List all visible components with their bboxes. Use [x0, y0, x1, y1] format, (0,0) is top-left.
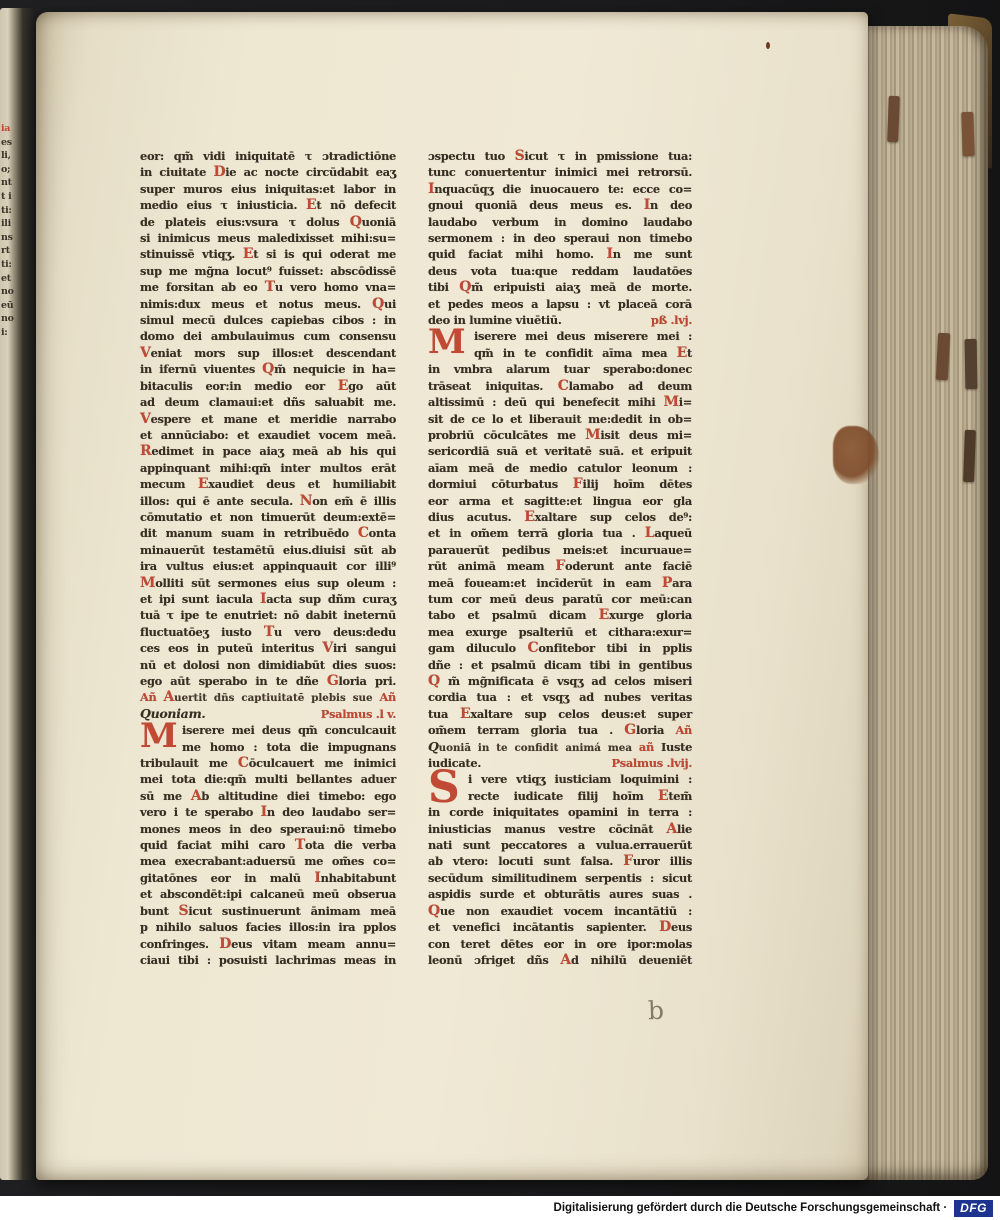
ink-stain — [833, 426, 879, 484]
text-segment: sū me — [140, 789, 191, 803]
text-segment: mea execrabant:aduersū me om̃es co= — [140, 854, 396, 868]
text-line: iserere mei deus miserere mei : — [428, 328, 692, 344]
margin-fragment: i: — [1, 326, 16, 340]
rubricated-initial: D — [219, 936, 231, 952]
text-line: recte iudicate filij hoīm Etem̃ — [428, 788, 692, 804]
text-segment: altissimū : deū qui benefecit mihi — [428, 395, 664, 409]
text-segment: u vero homo vna= — [275, 280, 396, 294]
leaf-tab — [936, 333, 950, 381]
text-line: de plateis eius:vsura τ dolus Quoniā — [140, 214, 396, 230]
margin-fragment: o; — [1, 163, 16, 177]
rubricated-initial: F — [623, 853, 633, 869]
text-line: Quoniā in te confidit animá mea añ Iuste — [428, 739, 692, 755]
text-line: confringes. Deus vitam meam annu= — [140, 936, 396, 952]
text-segment: n deo — [650, 198, 692, 212]
quire-signature-mark: b — [647, 996, 664, 1026]
rubricated-initial: D — [213, 164, 225, 180]
text-line: sericordiā suā et veritatē suā. et eripu… — [428, 443, 692, 459]
text-segment: oderunt ante faciē — [565, 559, 692, 573]
text-segment: ego aūt sperabo in te dñe — [140, 674, 327, 688]
text-segment: xaudiet deus et humiliabit — [208, 477, 396, 491]
banner-text: Digitalisierung gefördert durch die Deut… — [554, 1202, 948, 1214]
text-segment: eor: qm̃ vidi iniquitatē τ ɔtradictiōne — [140, 149, 396, 163]
text-segment: de plateis eius:vsura τ dolus — [140, 215, 350, 229]
text-line: secūdum similitudinem serpentis : sicut — [428, 870, 692, 886]
text-line: ego aūt sperabo in te dñe Gloria pri. — [140, 673, 396, 689]
rubricated-initial: E — [599, 607, 609, 623]
text-segment: fluctuatōeʒ iusto — [140, 625, 264, 639]
text-segment: lamabo ad deum — [569, 379, 692, 393]
text-line: appinquant mihi:qm̃ inter multos erāt — [140, 460, 396, 476]
text-line: quid faciat mihi caro Tota die verba — [140, 837, 396, 853]
rubricated-initial: E — [243, 246, 253, 262]
rubricated-initial: E — [306, 197, 316, 213]
leaf-tab — [963, 430, 976, 482]
text-segment: eor arma et sagitte:et lingua eor gla — [428, 494, 692, 508]
text-line: Q m̃ mg̃nificata ē vsqʒ ad celos miseri — [428, 673, 692, 689]
text-segment: cōmutatio et non timuerūt deum:extē= — [140, 510, 396, 524]
text-line: rūt animā meam Foderunt ante faciē — [428, 558, 692, 574]
text-line: tunc conuertentur inimici mei retrorsū. — [428, 164, 692, 180]
text-line: Molliti sūt sermones eius sup oleum : — [140, 575, 396, 591]
text-segment: Q — [428, 739, 439, 754]
text-line: minauerūt testamētū eius.diuisi sūt ab — [140, 542, 396, 558]
rubricated-initial: M — [140, 575, 155, 591]
text-segment: in ciuitate — [140, 165, 213, 179]
margin-fragment: ia — [1, 122, 16, 136]
text-line: eor arma et sagitte:et lingua eor gla — [428, 493, 692, 509]
text-segment: go aūt — [348, 379, 396, 393]
text-segment: et pedes meos a lapsu : vt placeā corā — [428, 297, 692, 311]
text-segment: n deo laudabo ser= — [267, 805, 396, 819]
text-segment: icut τ in pmissione tua: — [524, 149, 692, 163]
rubricated-initial: E — [658, 788, 668, 804]
text-segment: Añ — [675, 723, 692, 737]
text-line: mea execrabant:aduersū me om̃es co= — [140, 853, 396, 869]
text-segment: sermonem : in deo speraui non timebo — [428, 231, 692, 245]
text-line: dius acutus. Exaltare sup celos de⁹: — [428, 509, 692, 525]
text-segment: iri sangui — [333, 641, 396, 655]
text-segment: iserere mei deus miserere mei : — [474, 329, 692, 343]
text-segment: et in om̃em terrā gloria tua . — [428, 526, 645, 540]
text-line: deus vota tua:que reddam laudatōes — [428, 263, 692, 279]
margin-fragment: ti: — [1, 204, 16, 218]
text-line: tum cor meū deus paratū cor meū:can — [428, 591, 692, 607]
text-segment: ota die verba — [305, 838, 396, 852]
text-line: i vere vtiqʒ iusticiam loquimini : — [428, 771, 692, 787]
rubricated-initial: Q — [262, 361, 274, 377]
text-segment: edimet in pace aiaʒ meā ab his qui — [151, 444, 396, 458]
text-segment: et abscondēt:ipi calcaneū meū obserua — [140, 887, 396, 901]
text-segment: leonū ɔfriget dñs — [428, 953, 560, 967]
text-segment: me forsitan ab eo — [140, 280, 265, 294]
text-segment: dit manum suam in retribuēdo — [140, 526, 358, 540]
text-segment: medio eius τ iniusticia. — [140, 198, 306, 212]
text-line: probriū cōculcātes me Misit deus mi= — [428, 427, 692, 443]
text-line: sū me Ab altitudine diei timebo: ego — [140, 788, 396, 804]
rubricated-initial: A — [666, 821, 677, 837]
text-segment: rūt animā meam — [428, 559, 555, 573]
text-segment: Añ — [379, 690, 396, 704]
text-column-right: ɔspectu tuo Sicut τ in pmissione tua:tun… — [428, 148, 692, 968]
text-segment: eniat mors sup illos:et descendant — [151, 346, 396, 360]
text-line: p nihilo saluos facies illos:in ira pplo… — [140, 919, 396, 935]
text-line: gam diluculo Confitebor tibi in pplis — [428, 640, 692, 656]
rubricated-initial: T — [265, 279, 275, 295]
text-segment: t si is qui oderat me — [253, 247, 396, 261]
rubricated-initial: E — [460, 706, 470, 722]
text-segment: tribulauit me — [140, 756, 238, 770]
text-line: Inquacūqʒ die inuocauero te: ecce co= — [428, 181, 692, 197]
margin-fragment: eū — [1, 299, 16, 313]
text-line: sit de ce lo et liberauit me:dedit in ob… — [428, 411, 692, 427]
text-segment: trāseat iniquitas. — [428, 379, 558, 393]
text-line: tua Exaltare sup celos deus:et super — [428, 706, 692, 722]
text-line: mea exurge psalteriū et cithara:exur= — [428, 624, 692, 640]
text-segment: parauerūt pedibus meis:et incuruaue= — [428, 543, 692, 557]
text-line: nū et dolosi non dimidiabūt dies suos: — [140, 657, 396, 673]
text-line: ɔspectu tuo Sicut τ in pmissione tua: — [428, 148, 692, 164]
text-segment: ab vtero: locuti sunt falsa. — [428, 854, 623, 868]
text-line: meā foueam:et incīderūt in eam Para — [428, 575, 692, 591]
dfg-banner: Digitalisierung gefördert durch die Deut… — [0, 1196, 1000, 1220]
margin-fragment: ti: — [1, 258, 16, 272]
text-line: si inimicus meus maledixisset mihi:su= — [140, 230, 396, 246]
text-segment: nquacūqʒ die inuocauero te: ecce co= — [434, 182, 692, 196]
text-line: Vespere et mane et meridie narrabo — [140, 411, 396, 427]
text-segment: ciaui tibi : posuisti lachrimas meas in — [140, 953, 396, 967]
margin-fragment: et — [1, 272, 16, 286]
text-segment: mea exurge psalteriū et cithara:exur= — [428, 625, 692, 639]
text-segment: xaltare sup celos deus:et super — [470, 707, 692, 721]
text-segment: Psalmus .l v. — [321, 706, 396, 722]
text-segment: gnoui quoniā deus meus es. — [428, 198, 644, 212]
text-line: Veniat mors sup illos:et descendant — [140, 345, 396, 361]
text-segment: acta sup dñm curaʒ — [266, 592, 396, 606]
text-segment: Iuste — [661, 740, 692, 754]
text-segment: n me sunt — [613, 247, 692, 261]
margin-text-fragments: iaesli,o;ntt iti:ilinsrtti:etnoeūnoi: — [1, 122, 16, 340]
rubricated-initial: Q — [459, 279, 471, 295]
rubricated-initial: T — [264, 624, 274, 640]
text-segment: m̃ nequicie in ha= — [274, 362, 396, 376]
text-segment: minauerūt testamētū eius.diuisi sūt ab — [140, 543, 396, 557]
text-segment: tunc conuertentur inimici mei retrorsū. — [428, 165, 692, 179]
text-segment: secūdum similitudinem serpentis : sicut — [428, 871, 692, 885]
text-segment: tabo et psalmū dicam — [428, 608, 599, 622]
text-segment: nimis:dux meus et notus meus. — [140, 297, 372, 311]
text-segment: uoniā — [362, 215, 396, 229]
drop-cap-initial: S — [428, 768, 459, 808]
margin-fragment: es — [1, 136, 16, 150]
text-line: iserere mei deus qm̃ conculcauit — [140, 722, 396, 738]
margin-fragment: li, — [1, 149, 16, 163]
drop-cap-initial: M — [428, 325, 465, 359]
text-segment: m̃ eripuisti aiaʒ meā de morte. — [471, 280, 692, 294]
text-segment: sit de ce lo et liberauit me:dedit in ob… — [428, 412, 692, 426]
text-line: iniusticias manus vestre cōcināt Alie — [428, 821, 692, 837]
text-segment: ces eos in puteū interitus — [140, 641, 322, 655]
rubricated-initial: M — [585, 427, 600, 443]
text-line: simul mecū dulces capiebas cibos : in — [140, 312, 396, 328]
rubricated-initial: C — [527, 640, 538, 656]
text-segment: laudabo verbum in domino laudabo — [428, 215, 692, 229]
text-line: cordia tua : et vsqʒ ad nubes veritas — [428, 689, 692, 705]
text-line: dit manum suam in retribuēdo Conta — [140, 525, 396, 541]
text-line: et venefici incātantis sapienter. Deus — [428, 919, 692, 935]
text-segment: onfitebor tibi in pplis — [538, 641, 692, 655]
text-line: laudabo verbum in domino laudabo — [428, 214, 692, 230]
text-segment: t — [687, 346, 692, 360]
rubricated-initial: Q — [350, 214, 362, 230]
rubricated-initial: E — [338, 378, 348, 394]
rubricated-initial: V — [140, 345, 151, 361]
rubricated-initial: G — [327, 673, 339, 689]
text-segment: iserere mei deus qm̃ conculcauit — [182, 723, 396, 737]
text-segment: nū et dolosi non dimidiabūt dies suos: — [140, 658, 396, 672]
text-segment: ōculcauert me inimici — [249, 756, 396, 770]
text-segment: nhabitabunt — [321, 871, 396, 885]
text-line: trāseat iniquitas. Clamabo ad deum — [428, 378, 692, 394]
text-segment: d nihilū deueniēt — [571, 953, 692, 967]
text-segment: p nihilo saluos facies illos:in ira pplo… — [140, 920, 396, 934]
text-line: tribulauit me Cōculcauert me inimici — [140, 755, 396, 771]
rubricated-initial: P — [662, 575, 672, 591]
text-segment: sup me mg̃na locut⁹ fuisset: abscōdissē — [140, 264, 396, 278]
text-segment: b altitudine diei timebo: ego — [201, 789, 396, 803]
text-segment: domo dei ambulauimus cum consensu — [140, 329, 396, 343]
text-segment: on em̃ ē illis — [312, 494, 396, 508]
text-segment: et venefici incātantis sapienter. — [428, 920, 659, 934]
text-segment: loria pri. — [339, 674, 397, 688]
text-line: me forsitan ab eo Tu vero homo vna= — [140, 279, 396, 295]
rubricated-initial: E — [198, 476, 208, 492]
text-segment: appinquant mihi:qm̃ inter multos erāt — [140, 461, 396, 475]
text-line: ab vtero: locuti sunt falsa. Furor illis — [428, 853, 692, 869]
text-line: deo in lumine viuētiū.pß .lvj. — [428, 312, 692, 328]
text-line: quid faciat mihi homo. In me sunt — [428, 246, 692, 262]
rubricated-initial: Q — [428, 673, 440, 689]
text-segment: eus vitam meam annu= — [231, 937, 396, 951]
text-segment: si inimicus meus maledixisset mihi:su= — [140, 231, 396, 245]
text-line: illos: qui ē ante secula. Non em̃ ē illi… — [140, 493, 396, 509]
text-segment: gitatōnes eor in malū — [140, 871, 314, 885]
text-segment: dormiui cōturbatus — [428, 477, 573, 491]
text-line: bitaculis eor:in medio eor Ego aūt — [140, 378, 396, 394]
text-segment: m̃ mg̃nificata ē vsqʒ ad celos miseri — [440, 674, 692, 688]
text-segment: bitaculis eor:in medio eor — [140, 379, 338, 393]
rubricated-initial: E — [524, 509, 534, 525]
text-line: et ipi sunt iacula Iacta sup dñm curaʒ — [140, 591, 396, 607]
text-line: mecum Exaudiet deus et humiliabit — [140, 476, 396, 492]
text-segment: xaltare sup celos de⁹: — [535, 510, 692, 524]
text-line: bunt Sicut sustinuerunt ānimam meā — [140, 903, 396, 919]
text-segment: aspidis surde et obturātis aures suas . — [428, 887, 692, 901]
text-segment: olliti sūt sermones eius sup oleum : — [155, 576, 396, 590]
margin-fragment: rt — [1, 244, 16, 258]
text-line: et abscondēt:ipi calcaneū meū obserua — [140, 886, 396, 902]
text-line: in vmbra alarum tuar sperabo:donec — [428, 361, 692, 377]
text-segment: qm̃ in te confidit aīma mea — [474, 346, 677, 360]
text-segment: bunt — [140, 904, 179, 918]
margin-fragment: nt — [1, 176, 16, 190]
text-line: om̃em terram gloria tua . Gloria Añ — [428, 722, 692, 738]
previous-page-edge: iaesli,o;ntt iti:ilinsrtti:etnoeūnoi: — [0, 8, 36, 1180]
text-line: in ciuitate Die ac nocte circūdabit eaʒ — [140, 164, 396, 180]
text-line: ciaui tibi : posuisti lachrimas meas in — [140, 952, 396, 968]
text-line: domo dei ambulauimus cum consensu — [140, 328, 396, 344]
text-line: fluctuatōeʒ iusto Tu vero deus:dedu — [140, 624, 396, 640]
text-segment: i vere vtiqʒ iusticiam loquimini : — [468, 772, 692, 786]
text-line: stinuissē vtiqʒ. Et si is qui oderat me — [140, 246, 396, 262]
dfg-logo: DFG — [954, 1200, 993, 1217]
text-segment: ɔspectu tuo — [428, 149, 515, 163]
rubricated-initial: S — [179, 903, 189, 919]
text-line: parauerūt pedibus meis:et incuruaue= — [428, 542, 692, 558]
text-segment: onta — [369, 526, 396, 540]
text-segment: confringes. — [140, 937, 219, 951]
text-segment: pß .lvj. — [651, 312, 692, 328]
text-segment: ilij hoīm dētes — [582, 477, 692, 491]
text-segment: tua — [428, 707, 460, 721]
rubricated-initial: G — [624, 722, 636, 738]
leaf-tab — [887, 96, 900, 142]
text-segment: loria — [636, 723, 676, 737]
margin-fragment: ili — [1, 217, 16, 231]
rubricated-initial: T — [295, 837, 305, 853]
text-segment: om̃em terram gloria tua . — [428, 723, 624, 737]
text-line: Redimet in pace aiaʒ meā ab his qui — [140, 443, 396, 459]
text-line: mei tota die:qm̃ multi bellantes aduer — [140, 771, 396, 787]
text-segment: ara — [672, 576, 692, 590]
text-segment: Psalmus .lvij. — [611, 755, 692, 771]
margin-fragment: no — [1, 285, 16, 299]
ink-speck — [766, 42, 770, 49]
text-line: altissimū : deū qui benefecit mihi Mi= — [428, 394, 692, 410]
text-line: dñe : et psalmū dicam tibi in gentibus — [428, 657, 692, 673]
rubricated-initial: V — [322, 640, 333, 656]
rubricated-initial: C — [358, 525, 369, 541]
text-segment: tibi — [428, 280, 459, 294]
text-segment: in vmbra alarum tuar sperabo:donec — [428, 362, 692, 376]
text-segment: uror illis — [633, 854, 692, 868]
text-line: Añ Auertit dñs captiuitatē plebis sue Añ — [140, 689, 396, 705]
text-line: et in om̃em terrā gloria tua . Laqueū — [428, 525, 692, 541]
leaf-tab — [961, 112, 975, 156]
margin-fragment: ns — [1, 231, 16, 245]
text-line: ad deum clamaui:et dñs saluabit me. — [140, 394, 396, 410]
text-line: super muros eius iniquitas:et labor in — [140, 181, 396, 197]
text-segment: t nō defecit — [316, 198, 396, 212]
text-line: Que non exaudiet vocem incantātiū : — [428, 903, 692, 919]
text-line: me homo : tota die impugnans — [140, 739, 396, 755]
text-segment: Añ — [140, 690, 164, 704]
text-line: qm̃ in te confidit aīma mea Et — [428, 345, 692, 361]
text-segment: u vero deus:dedu — [274, 625, 396, 639]
text-segment: meā foueam:et incīderūt in eam — [428, 576, 662, 590]
book-fore-edge — [856, 26, 988, 1180]
text-segment: probriū cōculcātes me — [428, 428, 585, 442]
text-line: Quoniam.Psalmus .l v. — [140, 706, 396, 722]
rubricated-initial: C — [238, 755, 249, 771]
text-line: sup me mg̃na locut⁹ fuisset: abscōdissē — [140, 263, 396, 279]
text-segment: icut sustinuerunt ānimam meā — [188, 904, 396, 918]
text-segment: tum cor meū deus paratū cor meū:can — [428, 592, 692, 606]
book-photo: iaesli,o;ntt iti:ilinsrtti:etnoeūnoi: eo… — [0, 0, 1000, 1196]
text-segment: dius acutus. — [428, 510, 524, 524]
text-segment: vero i te sperabo — [140, 805, 261, 819]
text-line: iudicate.Psalmus .lvij. — [428, 755, 692, 771]
text-segment: simul mecū dulces capiebas cibos : in — [140, 313, 396, 327]
text-line: eor: qm̃ vidi iniquitatē τ ɔtradictiōne — [140, 148, 396, 164]
text-segment: recte iudicate filij hoīm — [468, 789, 658, 803]
text-segment: ira vultus eius:et appinquauit cor illi⁹ — [140, 559, 396, 573]
text-line: tuā τ ipe te enutriet: nō dabit ineternū — [140, 607, 396, 623]
text-line: leonū ɔfriget dñs Ad nihilū deueniēt — [428, 952, 692, 968]
text-line: mones meos in deo speraui:nō timebo — [140, 821, 396, 837]
rubricated-initial: A — [191, 788, 202, 804]
text-line: tabo et psalmū dicam Exurge gloria — [428, 607, 692, 623]
text-line: in ifernū viuentes Qm̃ nequicie in ha= — [140, 361, 396, 377]
text-segment: ue non exaudiet vocem incantātiū : — [440, 904, 692, 918]
text-line: aīam meā de medio catulor leonum : — [428, 460, 692, 476]
text-segment: xurge gloria — [609, 608, 692, 622]
text-line: medio eius τ iniusticia. Et nō defecit — [140, 197, 396, 213]
text-segment: añ — [639, 740, 661, 754]
text-segment: et ipi sunt iacula — [140, 592, 260, 606]
text-segment: in corde iniquitates opamini in terra : — [428, 805, 692, 819]
text-line: nati sunt peccatores a vulua.errauerūt — [428, 837, 692, 853]
text-segment: eus — [671, 920, 692, 934]
text-line: dormiui cōturbatus Filij hoīm dētes — [428, 476, 692, 492]
text-line: vero i te sperabo In deo laudabo ser= — [140, 804, 396, 820]
rubricated-initial: L — [645, 525, 655, 541]
text-segment: me homo : tota die impugnans — [182, 740, 396, 754]
text-line: aspidis surde et obturātis aures suas . — [428, 886, 692, 902]
text-line: nimis:dux meus et notus meus. Qui — [140, 296, 396, 312]
text-segment: tem̃ — [668, 789, 692, 803]
text-segment: dñe : et psalmū dicam tibi in gentibus — [428, 658, 692, 672]
text-segment: con teret dētes eor in ore ipor:molas — [428, 937, 692, 951]
rubricated-initial: V — [140, 411, 151, 427]
text-line: cōmutatio et non timuerūt deum:extē= — [140, 509, 396, 525]
rubricated-initial: F — [555, 558, 565, 574]
text-line: ces eos in puteū interitus Viri sangui — [140, 640, 396, 656]
rubricated-initial: Q — [372, 296, 384, 312]
text-line: ira vultus eius:et appinquauit cor illi⁹ — [140, 558, 396, 574]
rubricated-initial: R — [140, 443, 151, 459]
leaf-tab — [965, 339, 978, 389]
rubricated-initial: A — [164, 689, 175, 705]
text-segment: ie ac nocte circūdabit eaʒ — [225, 165, 396, 179]
text-segment: mones meos in deo speraui:nō timebo — [140, 822, 396, 836]
rubricated-initial: C — [558, 378, 569, 394]
text-segment: in ifernū viuentes — [140, 362, 262, 376]
text-segment: aīam meā de medio catulor leonum : — [428, 461, 692, 475]
rubricated-initial: A — [560, 952, 571, 968]
text-segment: illos: qui ē ante secula. — [140, 494, 300, 508]
text-line: gitatōnes eor in malū Inhabitabunt — [140, 870, 396, 886]
text-segment: stinuissē vtiqʒ. — [140, 247, 243, 261]
text-segment: uoniā in te confidit animá mea — [439, 742, 639, 754]
rubricated-initial: S — [515, 148, 525, 164]
text-segment: deus vota tua:que reddam laudatōes — [428, 264, 692, 278]
margin-fragment: t i — [1, 190, 16, 204]
text-line: et pedes meos a lapsu : vt placeā corā — [428, 296, 692, 312]
rubricated-initial: D — [659, 919, 671, 935]
text-segment: mecum — [140, 477, 198, 491]
text-segment: aqueū — [654, 526, 692, 540]
